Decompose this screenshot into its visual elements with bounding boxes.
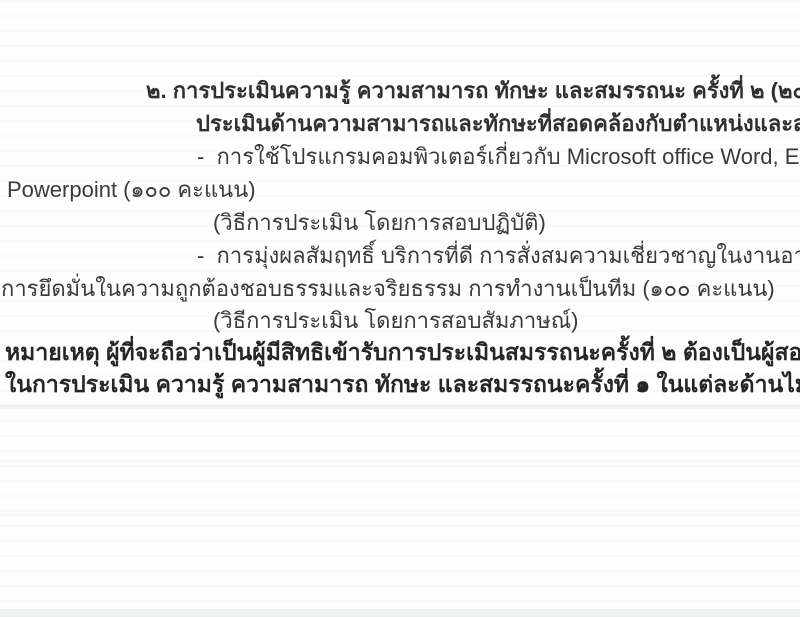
assessment-method-practical-test: (วิธีการประเมิน โดยการสอบปฏิบัติ) — [213, 209, 546, 237]
scan-artifact-band — [0, 459, 800, 462]
bullet-competency-attributes: - การมุ่งผลสัมฤทธิ์ บริการที่ดี การสั่งส… — [197, 242, 800, 270]
assessment-method-interview: (วิธีการประเมิน โดยการสอบสัมภาษณ์) — [213, 307, 578, 335]
scan-artifact-band — [0, 609, 800, 617]
section-subheading-skills-description: ประเมินด้านความสามารถและทักษะที่สอดคล้อง… — [196, 110, 800, 138]
bullet-computer-skills-continued: Powerpoint (๑๐๐ คะแนน) — [7, 176, 256, 204]
note-eligibility-line-1: หมายเหตุ ผู้ที่จะถือว่าเป็นผู้มีสิทธิเข้… — [5, 338, 800, 366]
bullet-competency-attributes-continued: การยึดมั่นในความถูกต้องชอบธรรมและจริยธรร… — [1, 275, 775, 303]
scan-artifact-band — [0, 404, 800, 409]
note-eligibility-line-2: ในการประเมิน ความรู้ ความสามารถ ทักษะ แล… — [5, 370, 800, 398]
section-heading-assessment-round2: ๒. การประเมินความรู้ ความสามารถ ทักษะ แล… — [146, 77, 800, 105]
document-page: ๒. การประเมินความรู้ ความสามารถ ทักษะ แล… — [0, 0, 800, 617]
bullet-computer-skills: - การใช้โปรแกรมคอมพิวเตอร์เกี่ยวกับ Micr… — [197, 143, 800, 171]
scan-artifact-band — [0, 514, 800, 517]
